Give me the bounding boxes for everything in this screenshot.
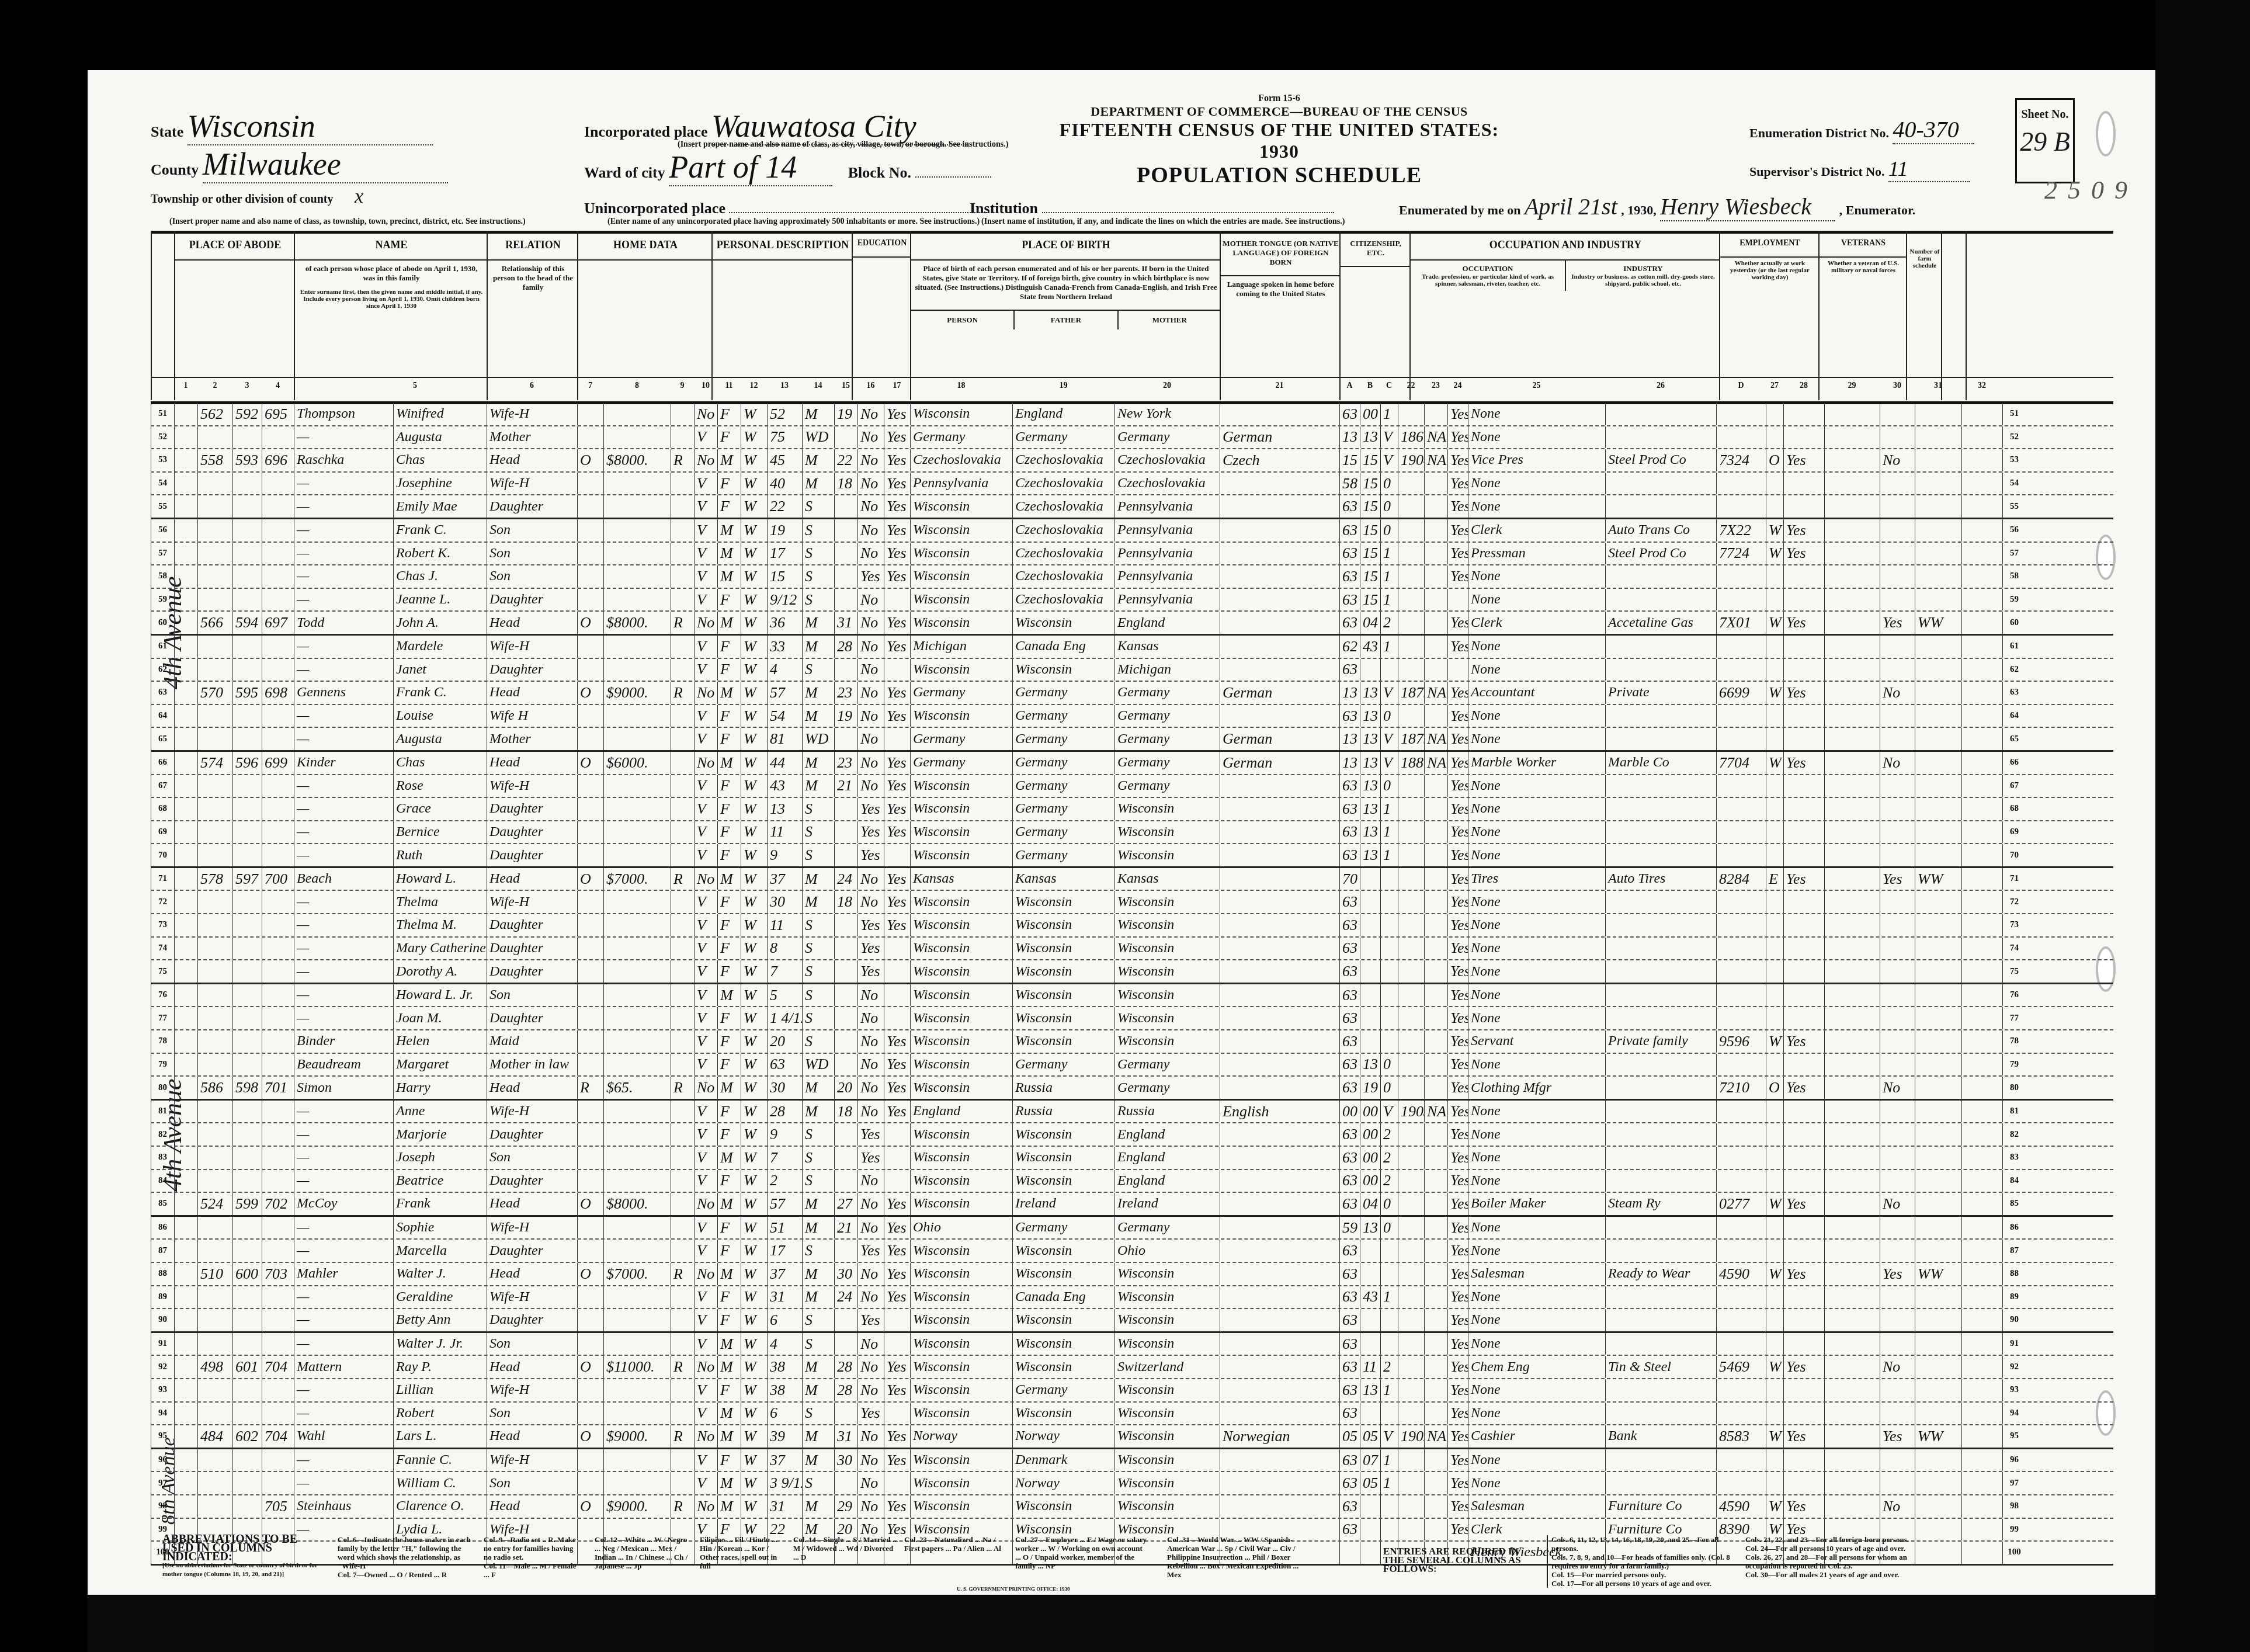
column-number: 25 (1468, 381, 1605, 391)
cell-industry: Steel Prod Co (1605, 449, 1716, 471)
cell-veteran: No (1880, 1193, 1915, 1215)
cell-street (174, 519, 197, 542)
table-row: 75—Dorothy A.DaughterVFW7SYesWisconsinWi… (151, 960, 2113, 984)
cell-code-d: 7X01 (1716, 612, 1766, 634)
cell-code-c: 1 (1380, 565, 1398, 588)
cell-speaks-english: Yes (1447, 1495, 1468, 1518)
cell-read-write (884, 1333, 910, 1355)
cell-family-number: 703 (262, 1263, 294, 1285)
cell-surname: Simon (294, 1077, 393, 1099)
cell-farm-schedule (1961, 1007, 2002, 1029)
cell-home-value: $9000. (603, 1425, 671, 1448)
cell-war: WW (1915, 612, 1961, 634)
cell-school: No (857, 473, 884, 495)
cell-mother-tongue (1220, 612, 1339, 634)
cell-unemployment-line (1824, 1379, 1880, 1401)
ward-value: Part of 14 (669, 149, 832, 186)
cell-occupation: Clerk (1468, 519, 1605, 542)
cell-speaks-english: Yes (1447, 844, 1468, 866)
cell-house-number (197, 984, 232, 1007)
cell-code-a: 63 (1339, 1054, 1360, 1076)
cell-war (1915, 565, 1961, 588)
cell-war (1915, 775, 1961, 797)
institution-note: (Insert name of institution, if any, and… (981, 217, 1345, 227)
cell-radio (671, 984, 694, 1007)
cell-speaks-english: Yes (1447, 1240, 1468, 1262)
cell-marital: S (802, 914, 834, 936)
abbr-col9: Col. 9—Radio set .. R. Make no entry for… (484, 1535, 583, 1579)
cell-relation: Son (487, 565, 577, 588)
cell-year-immigration (1398, 1147, 1424, 1169)
cell-war (1915, 682, 1961, 704)
cell-naturalization (1424, 891, 1447, 913)
cell-owned-rented (577, 1170, 603, 1192)
cell-relation: Son (487, 519, 577, 542)
cell-owned-rented: O (577, 1425, 603, 1448)
cell-age-first-marriage: 22 (834, 449, 857, 471)
cell-code-c: 1 (1380, 636, 1398, 658)
cell-unemployment-line (1824, 1030, 1880, 1053)
cell-radio (671, 1030, 694, 1053)
cell-family-number (262, 1309, 294, 1331)
cell-street (174, 589, 197, 611)
cell-owned-rented: O (577, 1495, 603, 1518)
cell-race: W (741, 705, 767, 727)
cell-birthplace-person: Germany (910, 682, 1012, 704)
sd-value: 11 (1888, 157, 1970, 182)
cell-read-write (884, 728, 910, 750)
cell-code-d (1716, 984, 1766, 1007)
cell-industry (1605, 1217, 1716, 1239)
cell-surname: — (294, 519, 393, 542)
table-row: 57—Robert K.SonVMW17SNoYesWisconsinCzech… (151, 543, 2113, 566)
cell-street (174, 636, 197, 658)
cell-marital: M (802, 473, 834, 495)
sd-label: Supervisor's District No. (1749, 164, 1885, 179)
cell-industry: Auto Tires (1605, 868, 1716, 890)
cell-unemployment-line (1824, 1333, 1880, 1355)
cell-house-number (197, 589, 232, 611)
cell-line-number-right: 84 (2002, 1170, 2026, 1192)
cell-code-d (1716, 589, 1766, 611)
cell-given-name: Margaret (393, 1054, 487, 1076)
cell-at-work (1783, 821, 1824, 844)
cell-year-immigration (1398, 1240, 1424, 1262)
cell-occupation: None (1468, 938, 1605, 960)
cell-industry (1605, 1379, 1716, 1401)
cell-line-number-right: 82 (2002, 1123, 2026, 1146)
colhdr-abode: PLACE OF ABODE (174, 231, 295, 400)
cell-naturalization: NA (1424, 1425, 1447, 1448)
census-title: FIFTEENTH CENSUS OF THE UNITED STATES: 1… (1040, 119, 1519, 162)
cell-code-a: 63 (1339, 403, 1360, 425)
cell-radio (671, 403, 694, 425)
cell-street (174, 1077, 197, 1099)
cell-age: 20 (767, 1030, 802, 1053)
cell-speaks-english: Yes (1447, 636, 1468, 658)
cell-speaks-english: Yes (1447, 1449, 1468, 1471)
cell-birthplace-mother: Pennsylvania (1114, 565, 1220, 588)
cell-read-write: Yes (884, 1240, 910, 1262)
cell-veteran (1880, 1170, 1915, 1192)
cell-school: No (857, 612, 884, 634)
cell-school: No (857, 705, 884, 727)
cell-occupation: None (1468, 821, 1605, 844)
cell-radio (671, 728, 694, 750)
cell-naturalization: NA (1424, 1101, 1447, 1123)
cell-sex: F (717, 891, 741, 913)
cell-house-number: 586 (197, 1077, 232, 1099)
cell-birthplace-father: Wisconsin (1012, 1147, 1114, 1169)
cell-owned-rented (577, 565, 603, 588)
cell-radio (671, 426, 694, 449)
cell-code-a: 63 (1339, 1333, 1360, 1355)
cell-family-number (262, 495, 294, 518)
cell-relation: Daughter (487, 798, 577, 820)
cell-farm: V (694, 1123, 717, 1146)
cell-class-worker (1766, 426, 1783, 449)
cell-radio (671, 752, 694, 774)
cell-age: 9 (767, 844, 802, 866)
cell-home-value: $9000. (603, 1495, 671, 1518)
cell-birthplace-person: Wisconsin (910, 403, 1012, 425)
cell-owned-rented (577, 519, 603, 542)
cell-line-number-right: 78 (2002, 1030, 2026, 1053)
cell-war (1915, 984, 1961, 1007)
cell-naturalization (1424, 636, 1447, 658)
column-number: 31 (1915, 381, 1961, 391)
cell-veteran (1880, 914, 1915, 936)
cell-home-value: $8000. (603, 612, 671, 634)
cell-home-value (603, 519, 671, 542)
cell-line-number-right: 91 (2002, 1333, 2026, 1355)
cell-class-worker: W (1766, 1263, 1783, 1285)
cell-line-number: 70 (151, 844, 174, 866)
cell-marital: M (802, 403, 834, 425)
cell-house-number (197, 960, 232, 983)
cell-line-number: 83 (151, 1147, 174, 1169)
cell-line-number-right: 72 (2002, 891, 2026, 913)
cell-marital: M (802, 705, 834, 727)
cell-veteran (1880, 1472, 1915, 1494)
cell-code-c: 0 (1380, 705, 1398, 727)
cell-code-c: V (1380, 728, 1398, 750)
cell-radio (671, 1217, 694, 1239)
cell-line-number-right: 63 (2002, 682, 2026, 704)
cell-speaks-english: Yes (1447, 565, 1468, 588)
cell-industry (1605, 1054, 1716, 1076)
cell-mother-tongue (1220, 705, 1339, 727)
cell-speaks-english: Yes (1447, 1286, 1468, 1309)
cell-race: W (741, 1217, 767, 1239)
cell-at-work (1783, 1123, 1824, 1146)
cell-sex: F (717, 960, 741, 983)
cell-relation: Daughter (487, 1170, 577, 1192)
cell-unemployment-line (1824, 1007, 1880, 1029)
cell-house-number (197, 426, 232, 449)
cell-occupation: Marble Worker (1468, 752, 1605, 774)
cell-house-number: 484 (197, 1425, 232, 1448)
cell-radio (671, 543, 694, 565)
cell-code-a: 05 (1339, 1425, 1360, 1448)
cell-relation: Wife-H (487, 891, 577, 913)
cell-home-value (603, 1379, 671, 1401)
cell-school: Yes (857, 1403, 884, 1425)
cell-war (1915, 891, 1961, 913)
cell-family-number (262, 1333, 294, 1355)
cell-line-number-right: 57 (2002, 543, 2026, 565)
cell-home-value (603, 1472, 671, 1494)
cell-class-worker: W (1766, 1495, 1783, 1518)
cell-relation: Maid (487, 1030, 577, 1053)
cell-race: W (741, 1030, 767, 1053)
cell-given-name: Chas (393, 449, 487, 471)
cell-class-worker: W (1766, 1356, 1783, 1378)
cell-dwelling-number (232, 543, 262, 565)
stamp-number: 2509 (2044, 175, 2138, 205)
cell-race: W (741, 775, 767, 797)
cell-age-first-marriage (834, 960, 857, 983)
cell-code-a: 63 (1339, 1263, 1360, 1285)
column-number: 26 (1605, 381, 1716, 391)
cell-birthplace-person: Wisconsin (910, 1495, 1012, 1518)
cell-speaks-english: Yes (1447, 1333, 1468, 1355)
cell-code-d: 5469 (1716, 1356, 1766, 1378)
cell-birthplace-father: Czechoslovakia (1012, 473, 1114, 495)
column-number: 12 (741, 381, 767, 391)
cell-code-d: 7210 (1716, 1077, 1766, 1099)
cell-race: W (741, 1403, 767, 1425)
cell-unemployment-line (1824, 844, 1880, 866)
cell-farm: V (694, 914, 717, 936)
cell-industry (1605, 1309, 1716, 1331)
cell-speaks-english: Yes (1447, 1030, 1468, 1053)
cell-code-d (1716, 1240, 1766, 1262)
cell-radio (671, 914, 694, 936)
cell-read-write: Yes (884, 1217, 910, 1239)
cell-code-c: V (1380, 682, 1398, 704)
cell-line-number-right: 97 (2002, 1472, 2026, 1494)
cell-veteran (1880, 1030, 1915, 1053)
cell-school: No (857, 868, 884, 890)
cell-radio: R (671, 1356, 694, 1378)
cell-given-name: Betty Ann (393, 1309, 487, 1331)
cell-birthplace-person: Wisconsin (910, 1379, 1012, 1401)
cell-marital: M (802, 682, 834, 704)
cell-veteran (1880, 705, 1915, 727)
cell-code-a: 59 (1339, 1217, 1360, 1239)
cell-farm-schedule (1961, 1425, 2002, 1448)
cell-code-c: 1 (1380, 1472, 1398, 1494)
cell-race: W (741, 844, 767, 866)
cell-naturalization (1424, 1495, 1447, 1518)
cell-birthplace-person: Wisconsin (910, 1077, 1012, 1099)
cell-dwelling-number (232, 1007, 262, 1029)
cell-naturalization (1424, 1286, 1447, 1309)
cell-war (1915, 1449, 1961, 1471)
cell-code-a: 63 (1339, 1147, 1360, 1169)
cell-naturalization (1424, 1379, 1447, 1401)
unincorporated-note: (Enter name of any unincorporated place … (607, 217, 980, 227)
cell-industry (1605, 960, 1716, 983)
cell-line-number: 82 (151, 1123, 174, 1146)
cell-sex: F (717, 1217, 741, 1239)
cell-at-work: Yes (1783, 682, 1824, 704)
cell-school: No (857, 1472, 884, 1494)
cell-owned-rented (577, 1101, 603, 1123)
cell-farm-schedule (1961, 1030, 2002, 1053)
cell-code-b: 11 (1360, 1356, 1380, 1378)
cell-mother-tongue: German (1220, 752, 1339, 774)
cell-year-immigration (1398, 519, 1424, 542)
sheet-label: Sheet No. (2017, 108, 2073, 122)
cell-class-worker (1766, 495, 1783, 518)
cell-at-work (1783, 1240, 1824, 1262)
township-label: Township or other division of county (151, 193, 334, 206)
cell-at-work (1783, 589, 1824, 611)
cell-relation: Head (487, 752, 577, 774)
cell-mother-tongue: Norwegian (1220, 1425, 1339, 1448)
cell-code-a: 15 (1339, 449, 1360, 471)
cell-industry (1605, 403, 1716, 425)
cell-age: 33 (767, 636, 802, 658)
cell-code-a: 63 (1339, 798, 1360, 820)
cell-birthplace-father: Germany (1012, 844, 1114, 866)
cell-occupation: None (1468, 960, 1605, 983)
cell-age: 3 9/12 (767, 1472, 802, 1494)
cell-home-value (603, 1007, 671, 1029)
cell-code-d (1716, 844, 1766, 866)
cell-unemployment-line (1824, 1193, 1880, 1215)
cell-home-value (603, 1333, 671, 1355)
cell-birthplace-father: Wisconsin (1012, 1170, 1114, 1192)
cell-marital: M (802, 1263, 834, 1285)
column-number: 19 (1012, 381, 1114, 391)
cell-surname: — (294, 543, 393, 565)
cell-read-write (884, 984, 910, 1007)
cell-speaks-english: Yes (1447, 473, 1468, 495)
cell-year-immigration (1398, 891, 1424, 913)
cell-owned-rented (577, 984, 603, 1007)
cell-code-c (1380, 1030, 1398, 1053)
cell-birthplace-person: Wisconsin (910, 775, 1012, 797)
cell-war (1915, 1495, 1961, 1518)
cell-war (1915, 1030, 1961, 1053)
cell-speaks-english: Yes (1447, 1217, 1468, 1239)
cell-owned-rented (577, 1030, 603, 1053)
cell-dwelling-number (232, 1101, 262, 1123)
cell-surname: — (294, 798, 393, 820)
cell-occupation: Clerk (1468, 612, 1605, 634)
cell-home-value (603, 844, 671, 866)
cell-mother-tongue (1220, 960, 1339, 983)
table-row: 61—MardeleWife-HVFW33M28NoYesMichiganCan… (151, 636, 2113, 659)
cell-veteran (1880, 1286, 1915, 1309)
cell-given-name: Robert (393, 1403, 487, 1425)
cell-relation: Head (487, 1193, 577, 1215)
cell-sex: F (717, 1101, 741, 1123)
cell-radio (671, 565, 694, 588)
cell-marital: S (802, 1309, 834, 1331)
cell-year-immigration: 1875 (1398, 682, 1424, 704)
cell-street (174, 1170, 197, 1192)
cell-birthplace-mother: Ireland (1114, 1193, 1220, 1215)
cell-mother-tongue (1220, 1472, 1339, 1494)
cell-read-write: Yes (884, 403, 910, 425)
cell-birthplace-father: Russia (1012, 1101, 1114, 1123)
cell-age-first-marriage (834, 589, 857, 611)
cell-code-c: V (1380, 1101, 1398, 1123)
cell-farm: No (694, 868, 717, 890)
cell-school: No (857, 636, 884, 658)
cell-farm: No (694, 1425, 717, 1448)
cell-school: No (857, 659, 884, 681)
cell-sex: F (717, 1286, 741, 1309)
ed-label: Enumeration District No. (1749, 126, 1889, 140)
cell-speaks-english: Yes (1447, 938, 1468, 960)
cell-age-first-marriage (834, 1054, 857, 1076)
cell-occupation: Boiler Maker (1468, 1193, 1605, 1215)
cell-school: No (857, 752, 884, 774)
sheet-value: 29 B (2017, 126, 2073, 157)
cell-line-number: 62 (151, 659, 174, 681)
cell-dwelling-number: 595 (232, 682, 262, 704)
cell-code-b: 15 (1360, 473, 1380, 495)
cell-speaks-english: Yes (1447, 449, 1468, 471)
cell-code-d (1716, 798, 1766, 820)
cell-birthplace-person: Wisconsin (910, 1054, 1012, 1076)
cell-dwelling-number (232, 938, 262, 960)
enumerated-date: April 21st (1525, 193, 1617, 220)
cell-school: Yes (857, 1123, 884, 1146)
cell-war (1915, 1123, 1961, 1146)
cell-school: No (857, 495, 884, 518)
cell-birthplace-father: Czechoslovakia (1012, 519, 1114, 542)
table-row: 95484602704WahlLars L.HeadO$9000.RNoMW39… (151, 1425, 2113, 1449)
cell-home-value: $9000. (603, 682, 671, 704)
incorporated-note: (Insert proper name and also name of cla… (678, 140, 1008, 150)
cell-class-worker (1766, 1054, 1783, 1076)
cell-race: W (741, 589, 767, 611)
cell-birthplace-mother: Wisconsin (1114, 1425, 1220, 1448)
cell-family-number (262, 589, 294, 611)
cell-class-worker (1766, 798, 1783, 820)
cell-at-work: Yes (1783, 868, 1824, 890)
cell-school: No (857, 1263, 884, 1285)
township-note: (Insert proper name and also name of cla… (169, 217, 526, 227)
cell-naturalization (1424, 1077, 1447, 1099)
cell-race: W (741, 1425, 767, 1448)
cell-dwelling-number (232, 914, 262, 936)
table-row: 74—Mary CatherineDaughterVFW8SYesWiscons… (151, 938, 2113, 961)
cell-marital: S (802, 1240, 834, 1262)
cell-family-number: 696 (262, 449, 294, 471)
cell-mother-tongue (1220, 984, 1339, 1007)
cell-year-immigration (1398, 636, 1424, 658)
cell-farm: V (694, 565, 717, 588)
cell-code-d (1716, 960, 1766, 983)
table-row: 77—Joan M.DaughterVFW1 4/12SNoWisconsinW… (151, 1007, 2113, 1030)
abbr-col31: Col. 31—World War ... WW / Spanish-Ameri… (1167, 1535, 1307, 1579)
cell-age-first-marriage: 27 (834, 1193, 857, 1215)
cell-industry: Private (1605, 682, 1716, 704)
cell-year-immigration (1398, 1286, 1424, 1309)
cell-year-immigration (1398, 1333, 1424, 1355)
cell-farm-schedule (1961, 589, 2002, 611)
cell-age: 30 (767, 1077, 802, 1099)
cell-occupation: None (1468, 1403, 1605, 1425)
cell-line-number: 91 (151, 1333, 174, 1355)
